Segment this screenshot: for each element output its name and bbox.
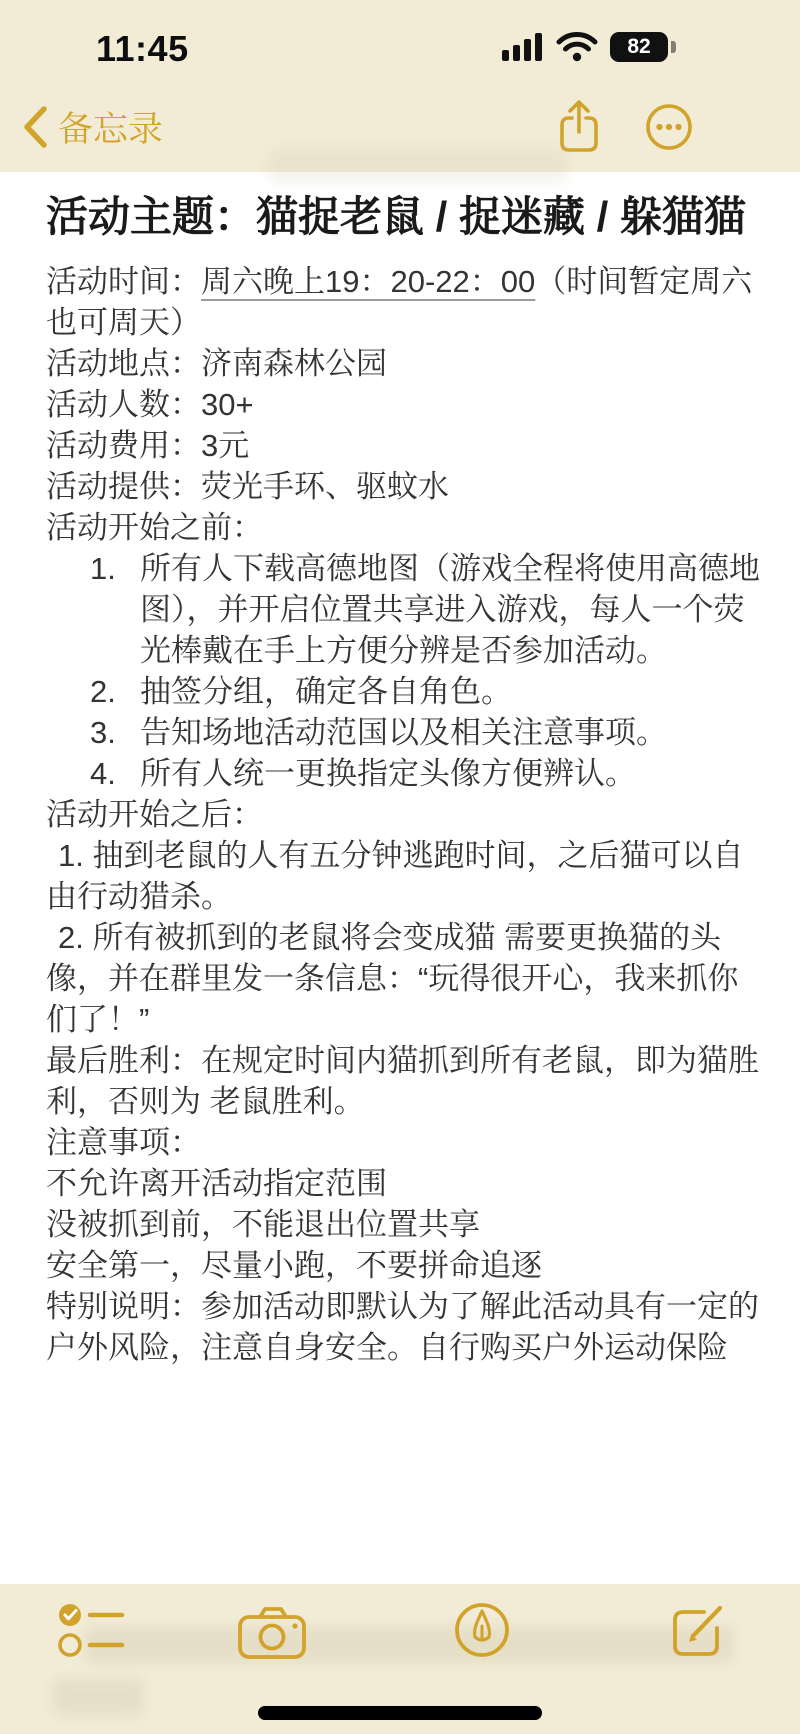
list-item-number: 1. bbox=[90, 548, 140, 671]
activity-time-link[interactable]: 周六晚上19：20-22：00 bbox=[201, 264, 535, 299]
list-item: 3. 告知场地活动范国以及相关注意事项。 bbox=[90, 712, 766, 753]
list-item-text: 告知场地活动范国以及相关注意事项。 bbox=[140, 712, 766, 753]
after-start-heading: 活动开始之后： bbox=[46, 794, 766, 835]
markup-pen-icon bbox=[452, 1600, 512, 1660]
list-item-text: 所有人下载高德地图（游戏全程将使用高德地图），并开启位置共享进入游戏，每人一个荧… bbox=[140, 548, 766, 671]
markup-button[interactable] bbox=[452, 1600, 512, 1660]
list-item-number: 2. bbox=[90, 671, 140, 712]
activity-provide-line: 活动提供：荧光手环、驱蚊水 bbox=[46, 466, 766, 507]
list-item: 1. 所有人下载高德地图（游戏全程将使用高德地图），并开启位置共享进入游戏，每人… bbox=[90, 548, 766, 671]
share-button[interactable] bbox=[556, 98, 602, 156]
list-item-number: 2. bbox=[58, 920, 84, 955]
note-title: 活动主题：猫捉老鼠 / 捉迷藏 / 躲猫猫 bbox=[46, 188, 766, 245]
activity-time-line: 活动时间：周六晚上19：20-22：00（时间暂定周六也可周天） bbox=[46, 261, 766, 343]
note-editor[interactable]: 活动主题：猫捉老鼠 / 捉迷藏 / 躲猫猫 活动时间：周六晚上19：20-22：… bbox=[0, 172, 800, 1584]
battery-icon: 82 bbox=[610, 32, 668, 62]
after-start-item: 1. 抽到老鼠的人有五分钟逃跑时间，之后猫可以自由行动猎杀。 bbox=[46, 835, 766, 917]
special-note-line: 特别说明：参加活动即默认为了解此活动具有一定的户外风险，注意自身安全。自行购买户… bbox=[46, 1286, 766, 1368]
list-item-text: 抽到老鼠的人有五分钟逃跑时间，之后猫可以自由行动猎杀。 bbox=[46, 838, 743, 914]
checklist-button[interactable] bbox=[56, 1600, 126, 1660]
notes-heading: 注意事项： bbox=[46, 1122, 766, 1163]
status-icons: 82 bbox=[502, 32, 668, 62]
list-item-number: 3. bbox=[90, 712, 140, 753]
list-item-number: 1. bbox=[58, 838, 84, 873]
status-bar: 11:45 82 bbox=[0, 0, 800, 92]
camera-icon bbox=[238, 1606, 308, 1660]
more-button[interactable] bbox=[644, 102, 694, 152]
compose-icon bbox=[668, 1602, 730, 1660]
note-rule-line: 不允许离开活动指定范围 bbox=[46, 1163, 766, 1204]
back-button-label: 备忘录 bbox=[58, 102, 163, 152]
list-item-text: 所有人统一更换指定头像方便辨认。 bbox=[140, 753, 766, 794]
activity-people-line: 活动人数：30+ bbox=[46, 384, 766, 425]
before-start-heading: 活动开始之前： bbox=[46, 507, 766, 548]
note-rule-line: 安全第一，尽量小跑，不要拼命追逐 bbox=[46, 1245, 766, 1286]
activity-time-label: 活动时间： bbox=[46, 264, 201, 299]
back-button[interactable]: 备忘录 bbox=[22, 102, 163, 152]
watermark-ghost-text bbox=[268, 148, 568, 182]
bottom-toolbar bbox=[0, 1596, 800, 1692]
camera-button[interactable] bbox=[238, 1606, 308, 1660]
battery-percent: 82 bbox=[627, 35, 650, 59]
before-start-list: 1. 所有人下载高德地图（游戏全程将使用高德地图），并开启位置共享进入游戏，每人… bbox=[46, 548, 766, 794]
share-icon bbox=[556, 98, 602, 156]
checklist-icon bbox=[56, 1600, 126, 1660]
activity-place-line: 活动地点：济南森林公园 bbox=[46, 343, 766, 384]
victory-line: 最后胜利：在规定时间内猫抓到所有老鼠，即为猫胜利，否则为 老鼠胜利。 bbox=[46, 1040, 766, 1122]
activity-fee-line: 活动费用：3元 bbox=[46, 425, 766, 466]
cellular-signal-icon bbox=[502, 32, 544, 62]
list-item: 4. 所有人统一更换指定头像方便辨认。 bbox=[90, 753, 766, 794]
note-body: 活动时间：周六晚上19：20-22：00（时间暂定周六也可周天） 活动地点：济南… bbox=[46, 261, 766, 1368]
more-ellipsis-icon bbox=[644, 102, 694, 152]
after-start-item: 2. 所有被抓到的老鼠将会变成猫 需要更换猫的头像，并在群里发一条信息：“玩得很… bbox=[46, 917, 766, 1040]
note-rule-line: 没被抓到前，不能退出位置共享 bbox=[46, 1204, 766, 1245]
home-indicator[interactable] bbox=[258, 1706, 542, 1720]
list-item-number: 4. bbox=[90, 753, 140, 794]
wifi-icon bbox=[556, 32, 598, 62]
notes-app-screen: 11:45 82 bbox=[0, 0, 800, 1734]
clock: 11:45 bbox=[96, 28, 189, 70]
compose-button[interactable] bbox=[668, 1602, 730, 1660]
list-item: 2. 抽签分组，确定各自角色。 bbox=[90, 671, 766, 712]
list-item-text: 抽签分组，确定各自角色。 bbox=[140, 671, 766, 712]
list-item-text: 所有被抓到的老鼠将会变成猫 需要更换猫的头像，并在群里发一条信息：“玩得很开心，… bbox=[46, 920, 738, 1037]
back-chevron-icon bbox=[22, 105, 48, 149]
